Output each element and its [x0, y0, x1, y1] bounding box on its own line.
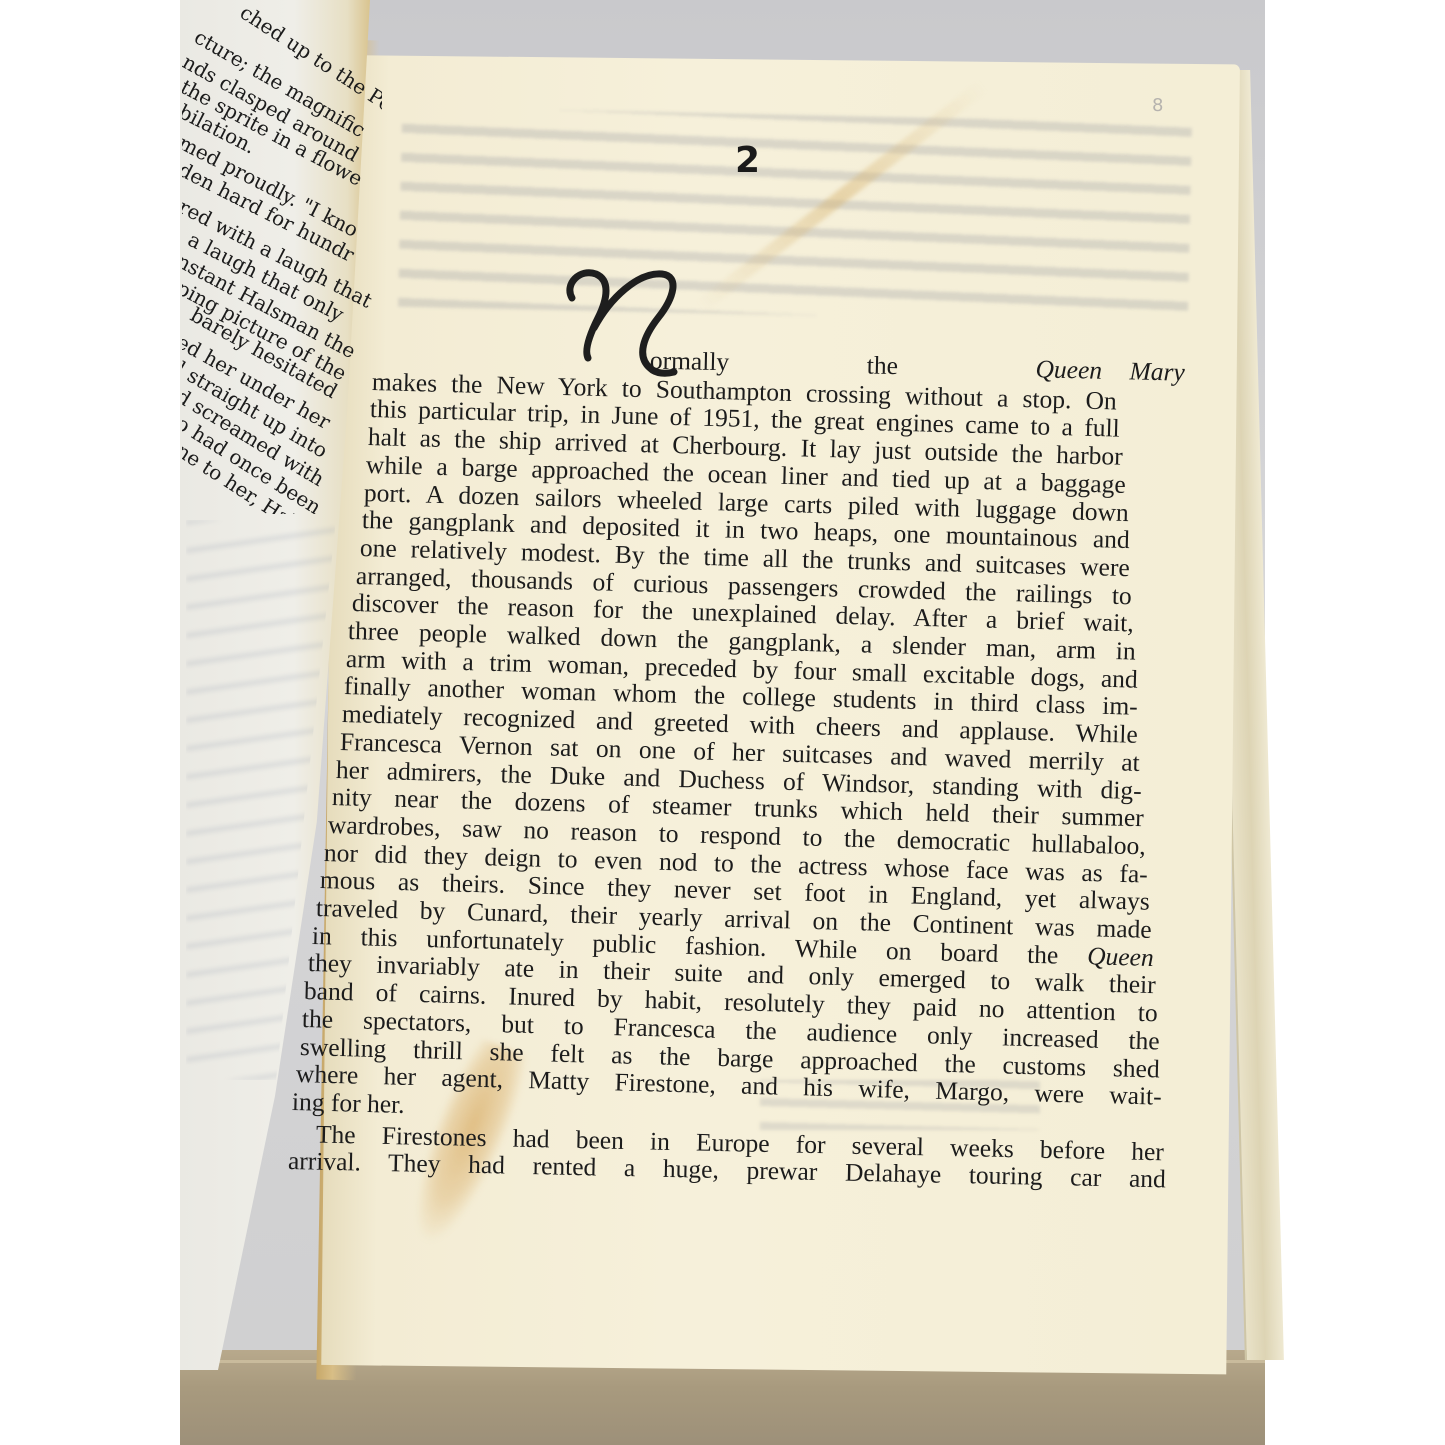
bleed-through-text	[398, 107, 1192, 324]
chapter-body-text: ormally the Queen Mary makes the New Yor…	[300, 340, 1180, 1171]
chapter-number: 2	[735, 140, 760, 181]
faint-page-number: 8	[1152, 95, 1163, 116]
text-line-paragraph-end: ing for her.	[292, 1088, 493, 1121]
